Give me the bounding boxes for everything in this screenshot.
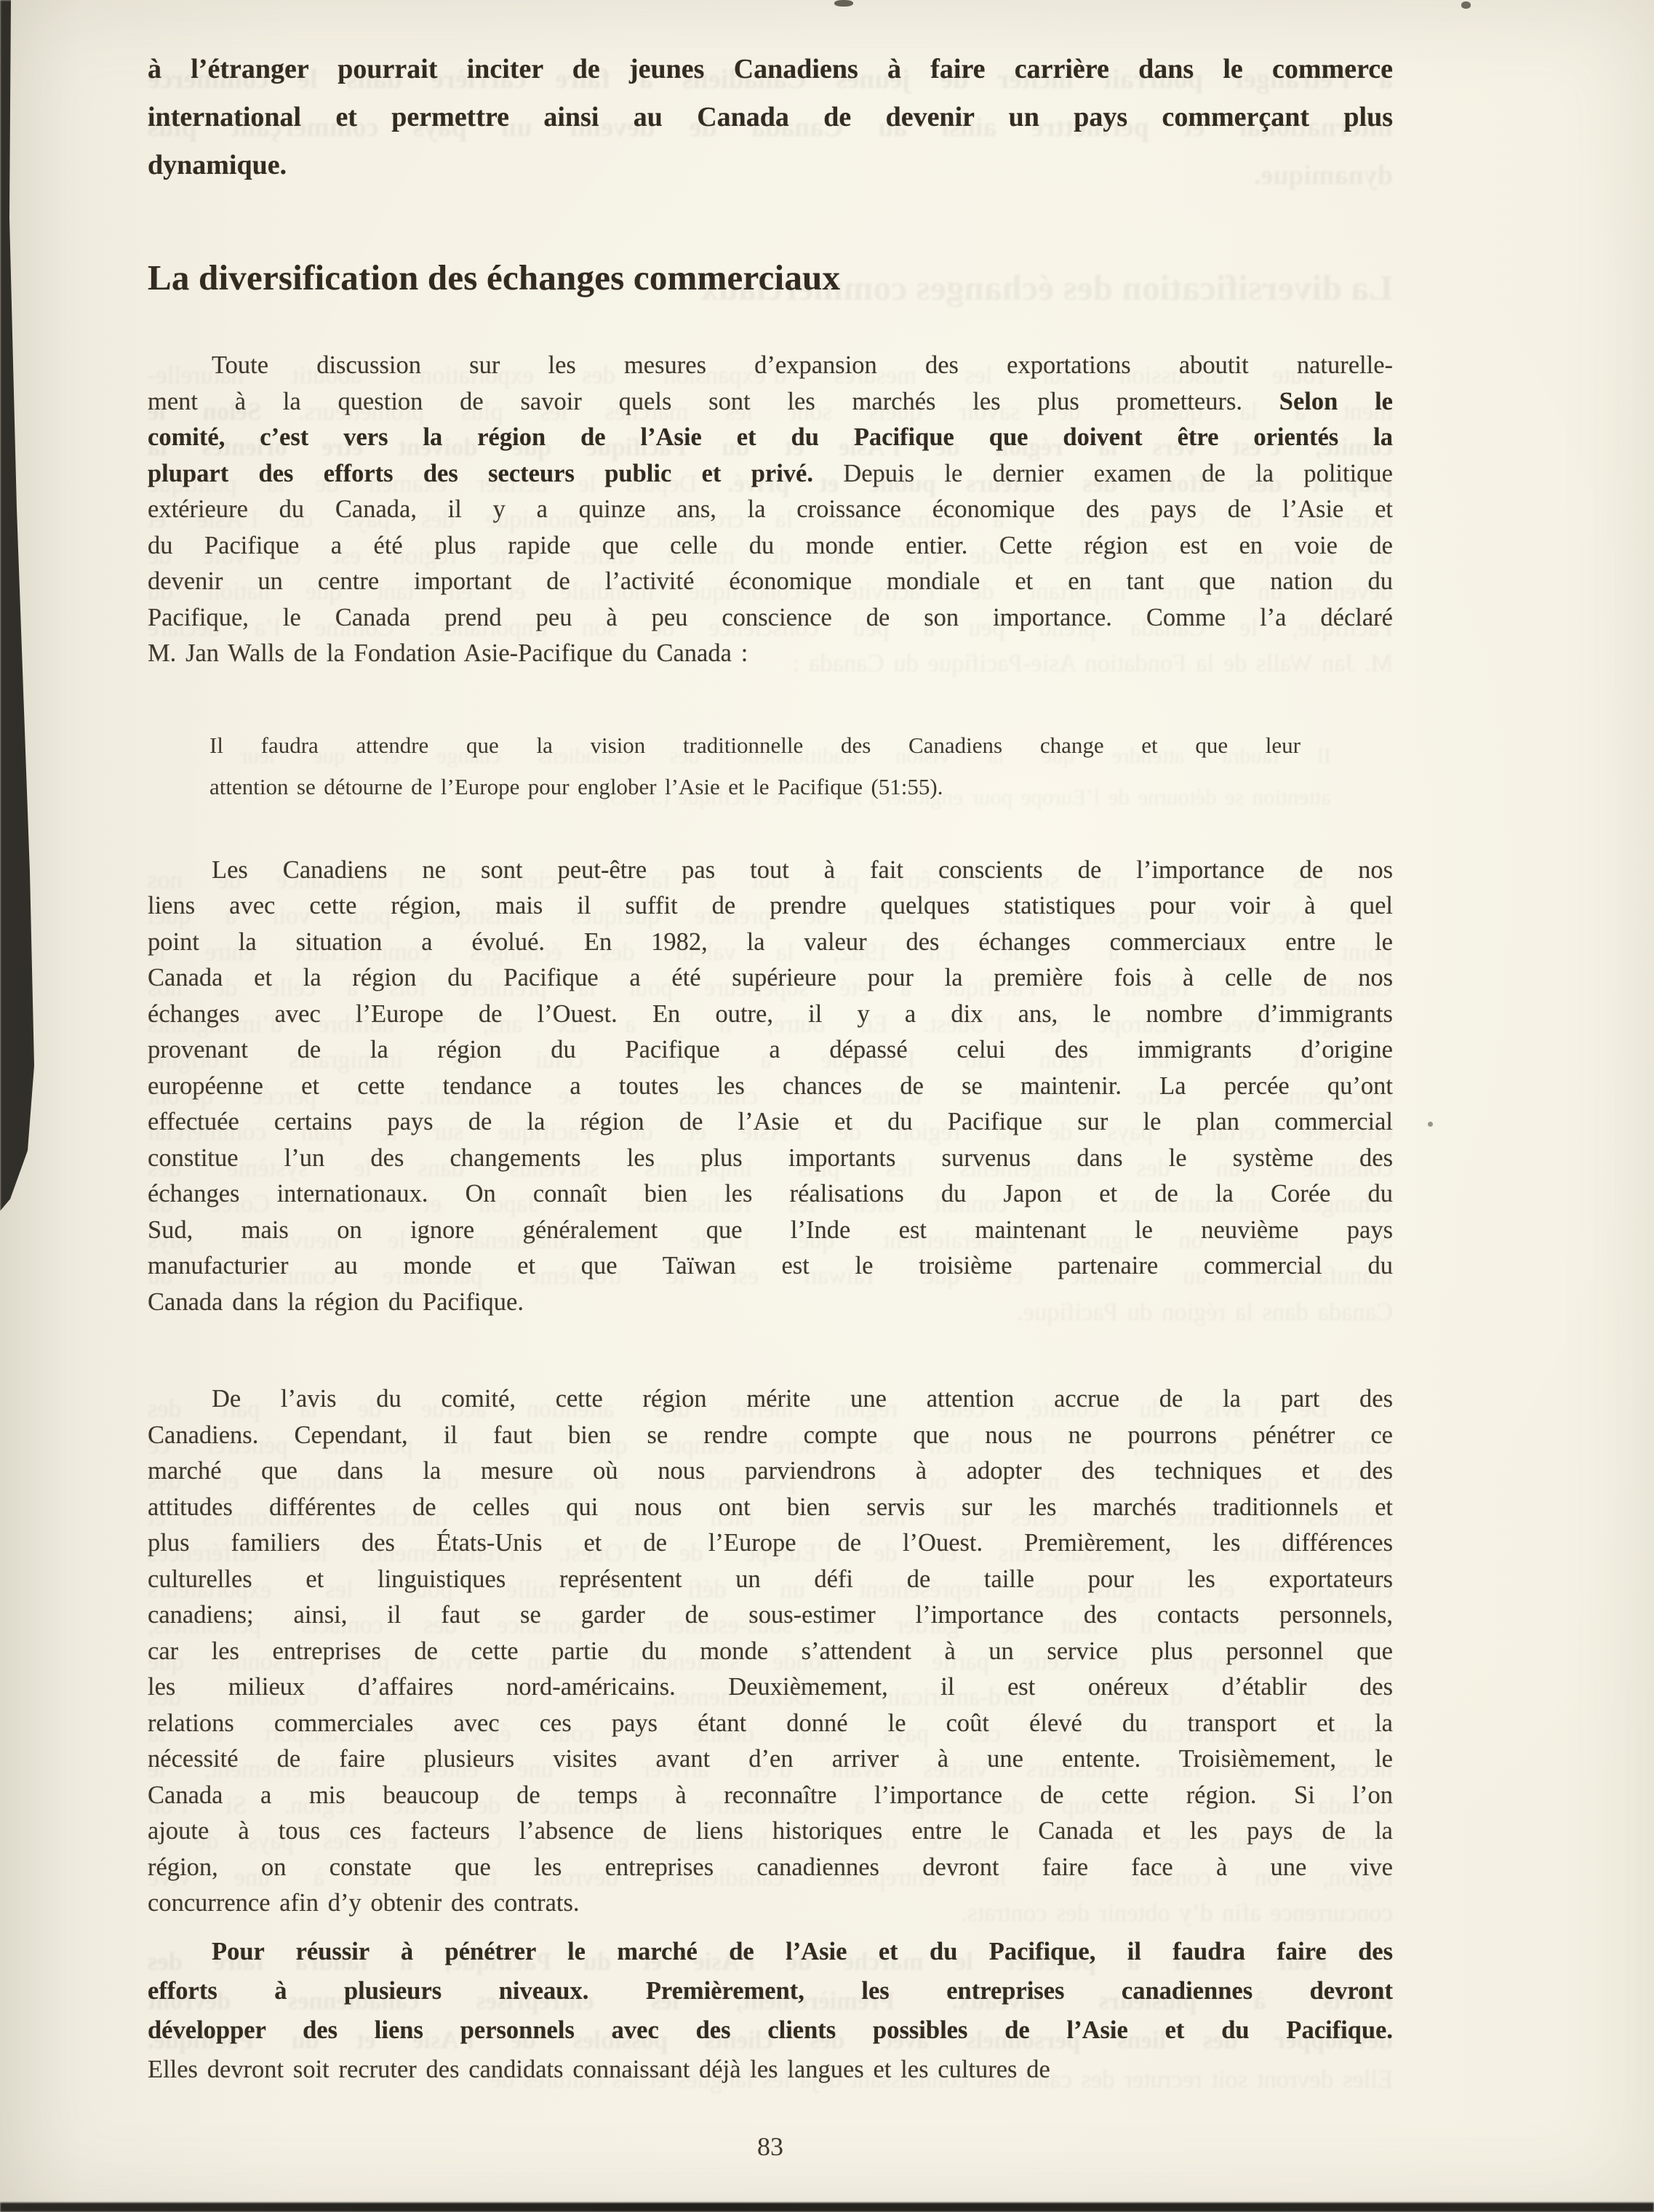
paragraph-1: Toute discussion sur les mesures d’expan… [148,348,1393,672]
text-line: attention se détourne de l’Europe pour e… [209,766,1301,807]
scan-speck [1461,1,1471,9]
scan-speck [1428,1122,1433,1127]
text-line: Elles devront soit recruter des candidat… [148,2050,1393,2089]
text-line: ment à la question de savoir quels sont … [148,384,1393,420]
text-line: nécessité de faire plusieurs visites ava… [148,1741,1393,1778]
text-line: extérieure du Canada, il y a quinze ans,… [148,492,1393,528]
text-line: région, on constate que les entreprises … [148,1850,1393,1886]
intro-paragraph: à l’étranger pourrait inciter de jeunes … [148,45,1393,189]
text-line: concurrence afin d’y obtenir des contrat… [148,1885,1393,1922]
text-line: ajoute à tous ces facteurs l’absence de … [148,1813,1393,1850]
text-line: Les Canadiens ne sont peut-être pas tout… [148,853,1393,889]
text-line: plupart des efforts des secteurs public … [148,456,1393,492]
text-line: dynamique. [148,141,1393,189]
scan-speck [834,0,853,7]
text-line: efforts à plusieurs niveaux. Premièremen… [148,1971,1393,2011]
text-line: Il faudra attendre que la vision traditi… [209,724,1301,766]
text-line: devenir un centre important de l’activit… [148,564,1393,600]
text-line: plus familiers des États-Unis et de l’Eu… [148,1525,1393,1562]
text-line: du Pacifique a été plus rapide que celle… [148,528,1393,564]
page-number: 83 [148,2131,1393,2162]
text-line: effectuée certains pays de la région de … [148,1104,1393,1141]
text-line: Canada et la région du Pacifique a été s… [148,960,1393,997]
text-line: à l’étranger pourrait inciter de jeunes … [148,45,1393,93]
text-line: développer des liens personnels avec des… [148,2011,1393,2050]
paragraph-4: Pour réussir à pénétrer le marché de l’A… [148,1932,1393,2089]
text-line: Canadiens. Cependant, il faut bien se re… [148,1418,1393,1454]
text-line: marché que dans la mesure où nous parvie… [148,1453,1393,1490]
text-line: liens avec cette région, mais il suffit … [148,888,1393,925]
text-line: manufacturier au monde et que Taïwan est… [148,1248,1393,1285]
text-line: international et permettre ainsi au Cana… [148,93,1393,141]
scanned-page: à l’étranger pourrait inciter de jeunes … [0,0,1654,2212]
paragraph-3: De l’avis du comité, cette région mérite… [148,1381,1393,1922]
paragraph-2: Les Canadiens ne sont peut-être pas tout… [148,853,1393,1321]
text-line: échanges internationaux. On connaît bien… [148,1176,1393,1213]
text-line: Toute discussion sur les mesures d’expan… [148,348,1393,384]
text-line: relations commerciales avec ces pays éta… [148,1706,1393,1742]
text-line: Sud, mais on ignore généralement que l’I… [148,1213,1393,1249]
text-line: comité, c’est vers la région de l’Asie e… [148,420,1393,456]
text-line: échanges avec l’Europe de l’Ouest. En ou… [148,997,1393,1033]
page-content: à l’étranger pourrait inciter de jeunes … [148,45,1393,2089]
text-line: Canada dans la région du Pacifique. [148,1285,1393,1321]
left-scan-shadow [0,0,39,1211]
text-line: M. Jan Walls de la Fondation Asie-Pacifi… [148,636,1393,672]
text-line: car les entreprises de cette partie du m… [148,1634,1393,1670]
text-line: culturelles et linguistiques représenten… [148,1562,1393,1598]
blockquote: Il faudra attendre que la vision traditi… [209,724,1301,807]
text-line: canadiens; ainsi, il faut se garder de s… [148,1597,1393,1634]
text-line: Pacifique, le Canada prend peu à peu con… [148,600,1393,636]
text-line: attitudes différentes de celles qui nous… [148,1490,1393,1526]
text-line: constitue l’un des changements les plus … [148,1141,1393,1177]
text-line: les milieux d’affaires nord-américains. … [148,1669,1393,1706]
text-line: point la situation a évolué. En 1982, la… [148,925,1393,961]
text-line: De l’avis du comité, cette région mérite… [148,1381,1393,1418]
text-line: Canada a mis beaucoup de temps à reconna… [148,1778,1393,1814]
text-line: Pour réussir à pénétrer le marché de l’A… [148,1932,1393,1971]
text-line: provenant de la région du Pacifique a dé… [148,1032,1393,1069]
text-line: européenne et cette tendance a toutes le… [148,1069,1393,1105]
section-heading: La diversification des échanges commerci… [148,256,1393,300]
bottom-scan-shadow [0,2203,1654,2212]
